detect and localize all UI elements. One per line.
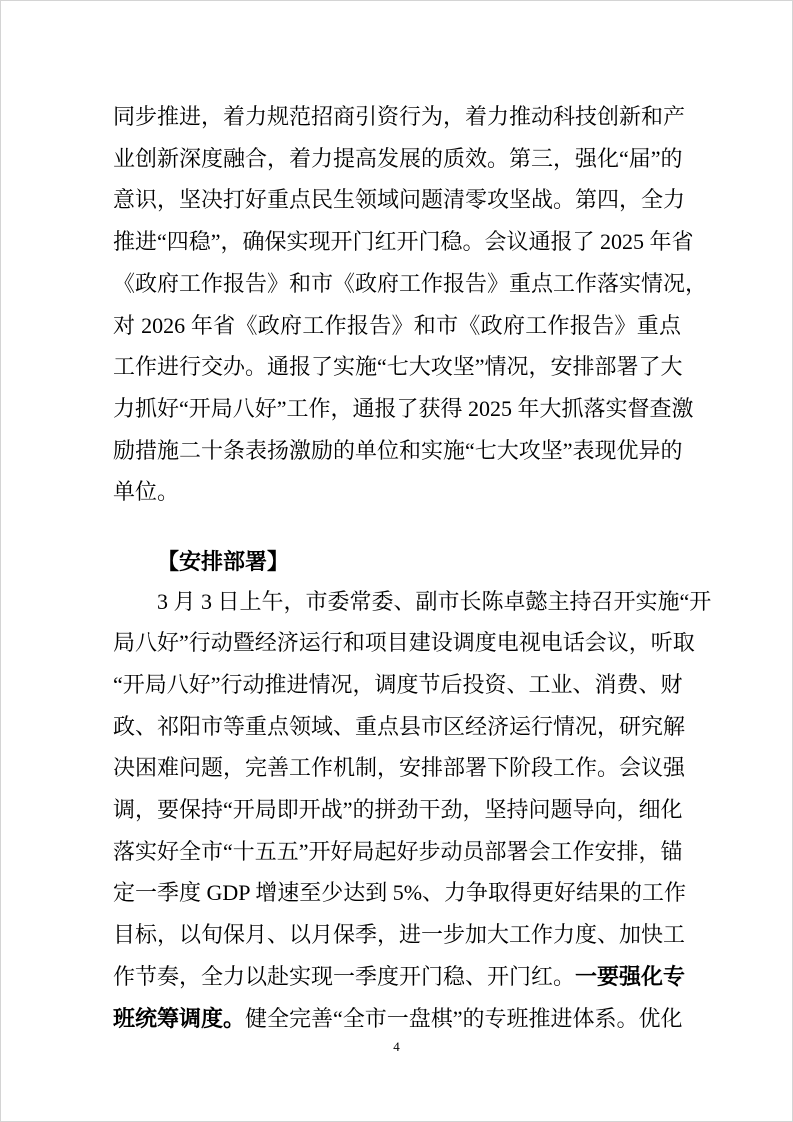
text-line: 3 月 3 日上午，市委常委、副市长陈卓懿主持召开实施“开 [113,581,681,623]
document-body: 同步推进，着力规范招商引资行为，着力推动科技创新和产 业创新深度融合，着力提高发… [113,96,681,1039]
text-line: 同步推进，着力规范招商引资行为，着力推动科技创新和产 [113,96,681,138]
page-number: 4 [1,1037,792,1057]
text-line: 工作进行交办。通报了实施“七大攻坚”情况，安排部署了大 [113,346,681,388]
text-line: 单位。 [113,471,681,513]
text-line: 意识，坚决打好重点民生领域问题清零攻坚战。第四，全力 [113,179,681,221]
text-run: 作节奏，全力以赴实现一季度开门稳、开门红。 [113,964,575,989]
text-line: 励措施二十条表扬激励的单位和实施“七大攻坚”表现优异的 [113,430,681,472]
text-line: 政、祁阳市等重点领域、重点县市区经济运行情况，研究解 [113,706,681,748]
text-line: 对 2026 年省《政府工作报告》和市《政府工作报告》重点 [113,305,681,347]
text-line: 调，要保持“开局即开战”的拼劲干劲，坚持问题导向，细化 [113,789,681,831]
section-heading: 【安排部署】 [157,543,681,581]
text-line: 作节奏，全力以赴实现一季度开门稳、开门红。一要强化专 [113,956,681,998]
text-line: 业创新深度融合，着力提高发展的质效。第三，强化“届”的 [113,138,681,180]
bold-emphasis: 一要强化专 [575,964,685,989]
text-line: 目标，以旬保月、以月保季，进一步加大工作力度、加快工 [113,914,681,956]
paragraph-2: 3 月 3 日上午，市委常委、副市长陈卓懿主持召开实施“开 局八好”行动暨经济运… [113,581,681,1040]
text-line: 局八好”行动暨经济运行和项目建设调度电视电话会议，听取 [113,622,681,664]
text-line: 落实好全市“十五五”开好局起好步动员部署会工作安排，锚 [113,831,681,873]
document-page: 同步推进，着力规范招商引资行为，着力推动科技创新和产 业创新深度融合，着力提高发… [0,0,793,1122]
text-line: 推进“四稳”，确保实现开门红开门稳。会议通报了 2025 年省 [113,221,681,263]
text-line: 《政府工作报告》和市《政府工作报告》重点工作落实情况， [113,263,681,305]
bold-emphasis: 班统筹调度。 [113,1006,245,1031]
text-line: 定一季度 GDP 增速至少达到 5%、力争取得更好结果的工作 [113,872,681,914]
text-run: 健全完善“全市一盘棋”的专班推进体系。优化 [245,1006,683,1031]
paragraph-1: 同步推进，着力规范招商引资行为，着力推动科技创新和产 业创新深度融合，着力提高发… [113,96,681,513]
text-line: “开局八好”行动推进情况，调度节后投资、工业、消费、财 [113,664,681,706]
text-line: 力抓好“开局八好”工作，通报了获得 2025 年大抓落实督查激 [113,388,681,430]
text-line: 班统筹调度。健全完善“全市一盘棋”的专班推进体系。优化 [113,998,681,1040]
text-line: 决困难问题，完善工作机制，安排部署下阶段工作。会议强 [113,747,681,789]
